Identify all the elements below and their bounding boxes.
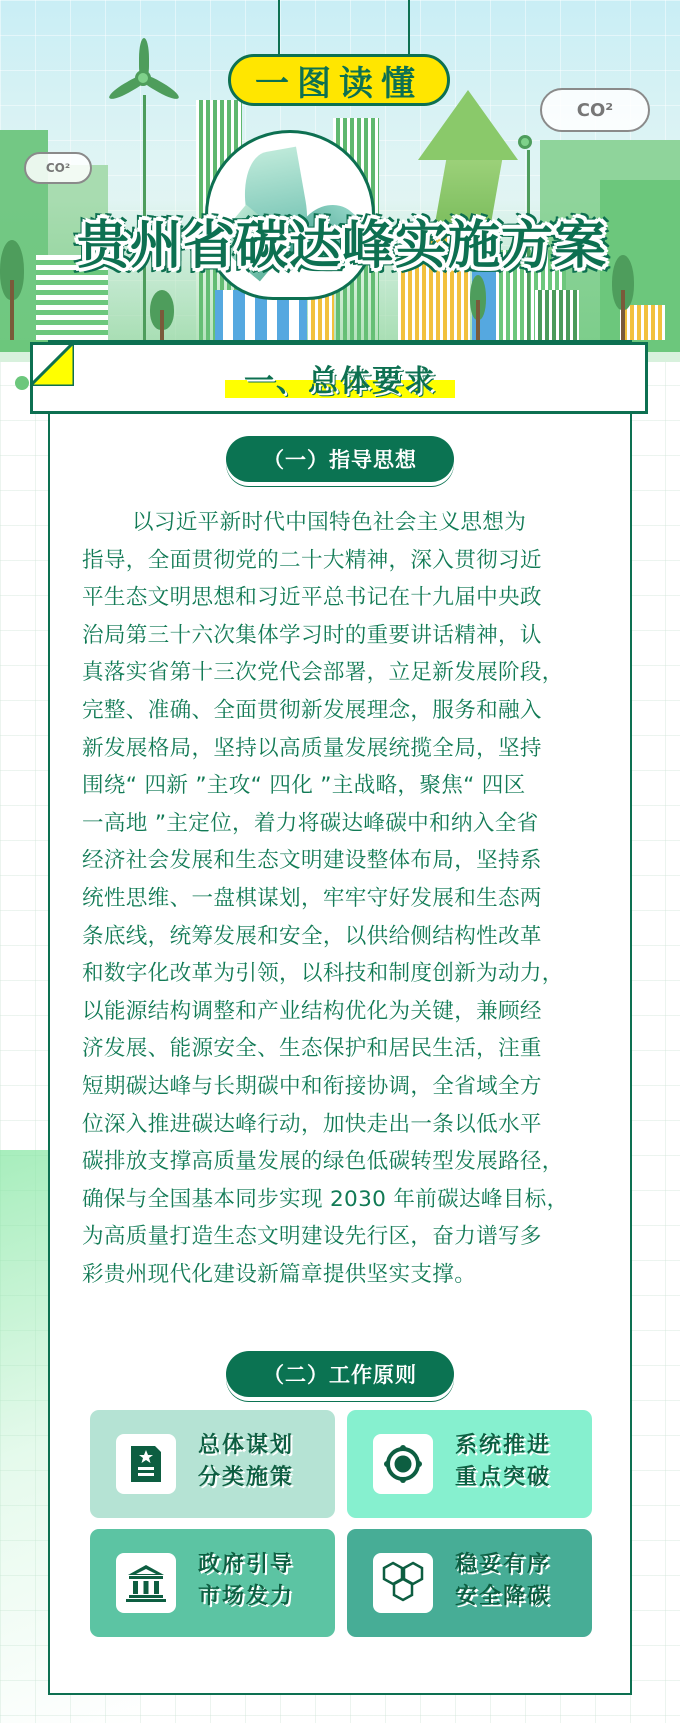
paragraph-line: 平生态文明思想和习近平总书记在十九届中央政 (82, 579, 604, 617)
wind-turbine-icon (518, 135, 532, 149)
cloud-label: CO² (46, 161, 70, 175)
target-icon (381, 1442, 425, 1486)
card-line-2: 安全降碳 (455, 1581, 551, 1613)
principle-card-government-guidance: 政府引导 市场发力 (90, 1529, 335, 1637)
paragraph-line: 济发展、能源安全、生态保护和居民生活，注重 (82, 1030, 604, 1068)
subsection-label-working-principles: （二）工作原则 (226, 1351, 454, 1397)
decorative-dot (15, 376, 29, 390)
paragraph-line: 经济社会发展和生态文明建设整体布局，坚持系 (82, 842, 604, 880)
paragraph-line: 治局第三十六次集体学习时的重要讲话精神，认 (82, 617, 604, 655)
section-title: 一、总体要求 (244, 356, 436, 400)
wind-turbine-icon (135, 70, 151, 86)
paragraph-line: 统性思维、一盘棋谋划，牢牢守好发展和生态两 (82, 880, 604, 918)
co2-cloud-icon: CO² (24, 152, 92, 184)
paragraph-line: 为高质量打造生态文明建设先行区，奋力谱写多 (82, 1218, 604, 1256)
paragraph-line: 和数字化改革为引领，以科技和制度创新为动力， (82, 955, 604, 993)
hexagons-icon (379, 1561, 427, 1605)
card-line-1: 系统推进 (455, 1430, 551, 1462)
paragraph-line: 以习近平新时代中国特色社会主义思想为 (82, 504, 604, 542)
card-line-1: 稳妥有序 (455, 1549, 551, 1581)
paragraph-line: 新发展格局，坚持以高质量发展统揽全局，坚持 (82, 730, 604, 768)
subsection-label-guiding-ideology: （一）指导思想 (226, 436, 454, 482)
paragraph-line: 完整、准确、全面贯彻新发展理念，服务和融入 (82, 692, 604, 730)
principle-card-overall-planning: 总体谋划 分类施策 (90, 1410, 335, 1518)
cloud-label: CO² (577, 100, 613, 121)
card-text: 系统推进 重点突破 (455, 1430, 551, 1494)
paragraph-line: 以能源结构调整和产业结构优化为关键，兼顾经 (82, 993, 604, 1031)
card-line-2: 市场发力 (198, 1581, 294, 1613)
card-text: 总体谋划 分类施策 (198, 1430, 294, 1494)
paragraph-line: 指导，全面贯彻党的二十大精神，深入贯彻习近 (82, 542, 604, 580)
header-badge: 一图读懂 (228, 54, 450, 106)
card-icon-box (116, 1434, 176, 1494)
fold-edge (30, 342, 74, 386)
card-line-2: 分类施策 (198, 1462, 294, 1494)
tree-trunk (10, 280, 14, 340)
principle-card-systematic-advance: 系统推进 重点突破 (347, 1410, 592, 1518)
paragraph-line: 围绕“ 四新 ”主攻“ 四化 ”主战略，聚焦“ 四区 (82, 767, 604, 805)
card-icon-box (373, 1553, 433, 1613)
card-icon-box (373, 1434, 433, 1494)
section-heading: 一、总体要求 (225, 358, 455, 398)
paragraph-line: 彩贵州现代化建设新篇章提供坚实支撑。 (82, 1256, 604, 1294)
paragraph-line: 条底线，统筹发展和安全，以供给侧结构性改革 (82, 918, 604, 956)
paragraph-line: 确保与全国基本同步实现 2030 年前碳达峰目标， (82, 1181, 604, 1219)
co2-cloud-icon: CO² (540, 88, 650, 132)
paragraph-line: 短期碳达峰与长期碳中和衔接协调，全省域全方 (82, 1068, 604, 1106)
header-illustration: CO² CO² 一图读懂 贵州省碳达峰实施方案 (0, 0, 680, 362)
paragraph-line: 位深入推进碳达峰行动，加快走出一条以低水平 (82, 1106, 604, 1144)
paragraph-line: 真落实省第十三次党代会部署，立足新发展阶段， (82, 654, 604, 692)
principle-card-steady-carbon-reduction: 稳妥有序 安全降碳 (347, 1529, 592, 1637)
card-text: 稳妥有序 安全降碳 (455, 1549, 551, 1613)
card-line-1: 政府引导 (198, 1549, 294, 1581)
page-title: 贵州省碳达峰实施方案 (42, 200, 642, 280)
document-star-icon (129, 1444, 163, 1484)
paragraph-line: 碳排放支撑高质量发展的绿色低碳转型发展路径， (82, 1143, 604, 1181)
card-icon-box (116, 1553, 176, 1613)
card-text: 政府引导 市场发力 (198, 1549, 294, 1613)
paragraph-line: 一高地 ”主定位，着力将碳达峰碳中和纳入全省 (82, 805, 604, 843)
card-line-2: 重点突破 (455, 1462, 551, 1494)
guiding-ideology-paragraph: 以习近平新时代中国特色社会主义思想为 指导，全面贯彻党的二十大精神，深入贯彻习近… (82, 504, 604, 1293)
government-building-icon (124, 1562, 168, 1604)
card-line-1: 总体谋划 (198, 1430, 294, 1462)
